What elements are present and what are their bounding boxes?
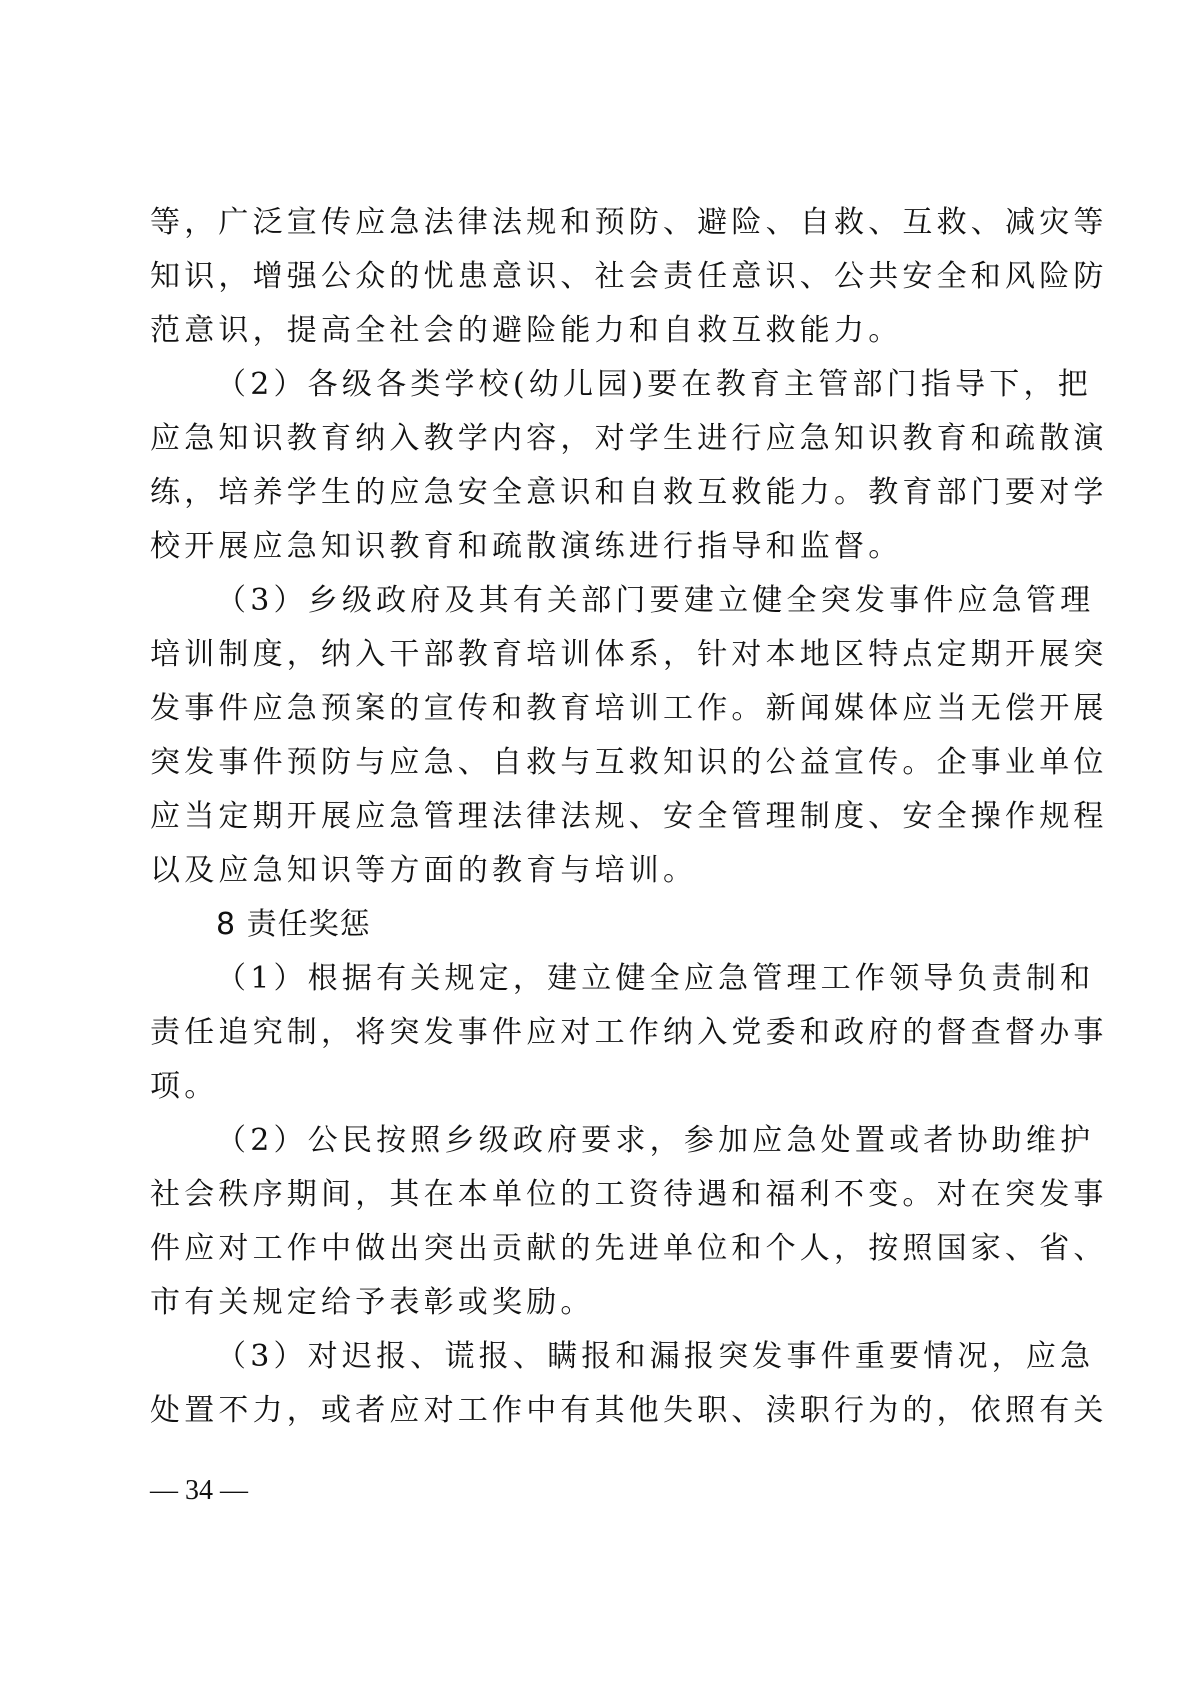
- text-line: 培训制度，纳入干部教育培训体系，针对本地区特点定期开展突: [150, 628, 1040, 682]
- text-line: 件应对工作中做出突出贡献的先进单位和个人，按照国家、省、: [150, 1222, 1040, 1276]
- paragraph-start-line: （1）根据有关规定，建立健全应急管理工作领导负责制和: [150, 952, 1040, 1006]
- paragraph-start-line: （3）对迟报、谎报、瞒报和漏报突发事件重要情况，应急: [150, 1330, 1040, 1384]
- text-line: 市有关规定给予表彰或奖励。: [150, 1276, 1040, 1330]
- text-line: 责任追究制，将突发事件应对工作纳入党委和政府的督查督办事: [150, 1006, 1040, 1060]
- body-text: 等，广泛宣传应急法律法规和预防、避险、自救、互救、减灾等 知识，增强公众的忧患意…: [150, 196, 1040, 1438]
- paragraph-start-line: （3）乡级政府及其有关部门要建立健全突发事件应急管理: [150, 574, 1040, 628]
- text-line: 范意识，提高全社会的避险能力和自救互救能力。: [150, 304, 1040, 358]
- text-line: 以及应急知识等方面的教育与培训。: [150, 844, 1040, 898]
- text-line: 应急知识教育纳入教学内容，对学生进行应急知识教育和疏散演: [150, 412, 1040, 466]
- text-line: 知识，增强公众的忧患意识、社会责任意识、公共安全和风险防: [150, 250, 1040, 304]
- text-line: 项。: [150, 1060, 1040, 1114]
- section-heading: 8 责任奖惩: [150, 898, 1040, 952]
- page-number: — 34 —: [150, 1475, 248, 1507]
- text-line: 等，广泛宣传应急法律法规和预防、避险、自救、互救、减灾等: [150, 196, 1040, 250]
- text-line: 社会秩序期间，其在本单位的工资待遇和福利不变。对在突发事: [150, 1168, 1040, 1222]
- paragraph-start-line: （2）各级各类学校(幼儿园)要在教育主管部门指导下，把: [150, 358, 1040, 412]
- paragraph-start-line: （2）公民按照乡级政府要求，参加应急处置或者协助维护: [150, 1114, 1040, 1168]
- text-line: 校开展应急知识教育和疏散演练进行指导和监督。: [150, 520, 1040, 574]
- text-line: 发事件应急预案的宣传和教育培训工作。新闻媒体应当无偿开展: [150, 682, 1040, 736]
- document-page: 等，广泛宣传应急法律法规和预防、避险、自救、互救、减灾等 知识，增强公众的忧患意…: [0, 0, 1190, 1683]
- text-line: 应当定期开展应急管理法律法规、安全管理制度、安全操作规程: [150, 790, 1040, 844]
- text-line: 处置不力，或者应对工作中有其他失职、渎职行为的，依照有关: [150, 1384, 1040, 1438]
- text-line: 突发事件预防与应急、自救与互救知识的公益宣传。企事业单位: [150, 736, 1040, 790]
- text-line: 练，培养学生的应急安全意识和自救互救能力。教育部门要对学: [150, 466, 1040, 520]
